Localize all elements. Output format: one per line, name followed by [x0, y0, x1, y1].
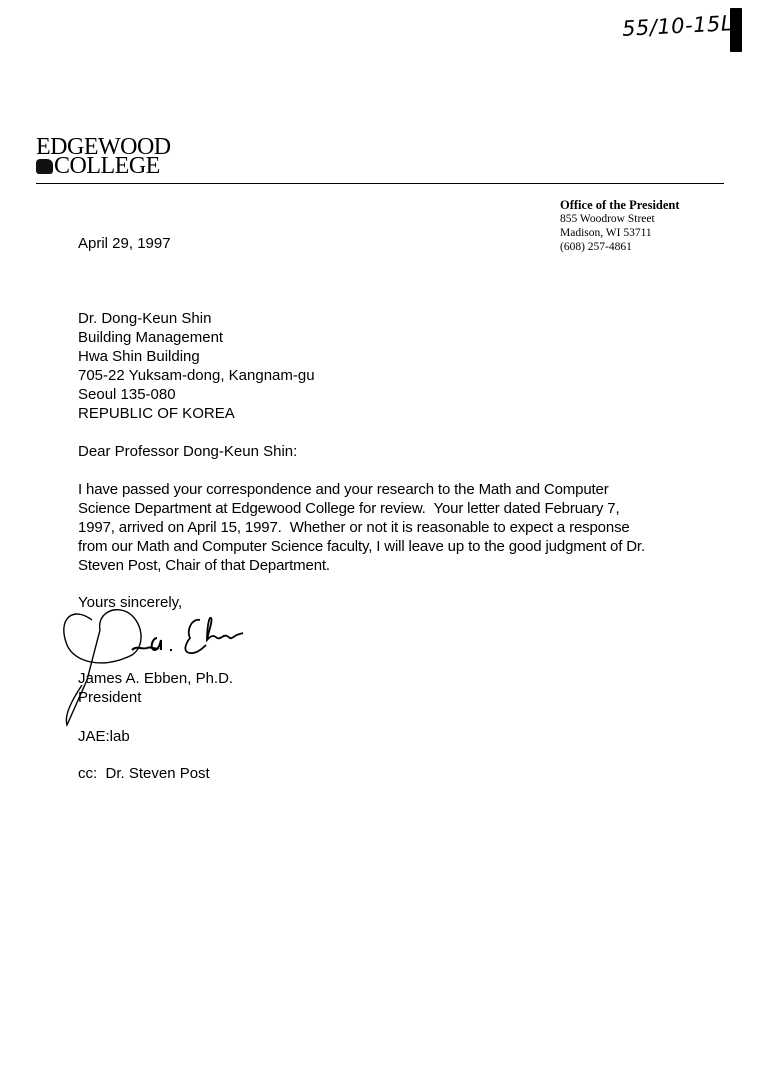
signature-image	[52, 600, 272, 730]
body-line: I have passed your correspondence and yo…	[78, 480, 718, 499]
logo-emblem-icon	[36, 159, 53, 174]
reference-initials: JAE:lab	[78, 727, 130, 746]
office-street: 855 Woodrow Street	[560, 212, 680, 226]
signature-block: James A. Ebben, Ph.D. President	[78, 669, 233, 707]
file-annotation: 55/10-15L	[621, 11, 733, 41]
recipient-line: Dr. Dong-Keun Shin	[78, 309, 315, 328]
logo-line-2: COLLEGE	[36, 157, 171, 176]
recipient-line: Hwa Shin Building	[78, 347, 315, 366]
recipient-line: 705-22 Yuksam-dong, Kangnam-gu	[78, 366, 315, 385]
letter-body: I have passed your correspondence and yo…	[78, 480, 718, 575]
body-line: from our Math and Computer Science facul…	[78, 537, 718, 556]
signer-name: James A. Ebben, Ph.D.	[78, 669, 233, 688]
recipient-address: Dr. Dong-Keun Shin Building Management H…	[78, 309, 315, 423]
signer-title: President	[78, 688, 233, 707]
cc-line: cc: Dr. Steven Post	[78, 764, 210, 783]
office-city: Madison, WI 53711	[560, 226, 680, 240]
office-address-block: Office of the President 855 Woodrow Stre…	[560, 198, 680, 254]
body-line: Steven Post, Chair of that Department.	[78, 556, 718, 575]
body-line: Science Department at Edgewood College f…	[78, 499, 718, 518]
recipient-line: Seoul 135-080	[78, 385, 315, 404]
redaction-mark	[730, 8, 742, 52]
letter-date: April 29, 1997	[78, 234, 171, 253]
office-phone: (608) 257-4861	[560, 240, 680, 254]
recipient-line: Building Management	[78, 328, 315, 347]
college-logo: EDGEWOOD COLLEGE	[36, 138, 171, 176]
letterhead-rule	[36, 183, 724, 184]
body-line: 1997, arrived on April 15, 1997. Whether…	[78, 518, 718, 537]
recipient-line: REPUBLIC OF KOREA	[78, 404, 315, 423]
salutation: Dear Professor Dong-Keun Shin:	[78, 442, 297, 461]
office-title: Office of the President	[560, 198, 680, 212]
